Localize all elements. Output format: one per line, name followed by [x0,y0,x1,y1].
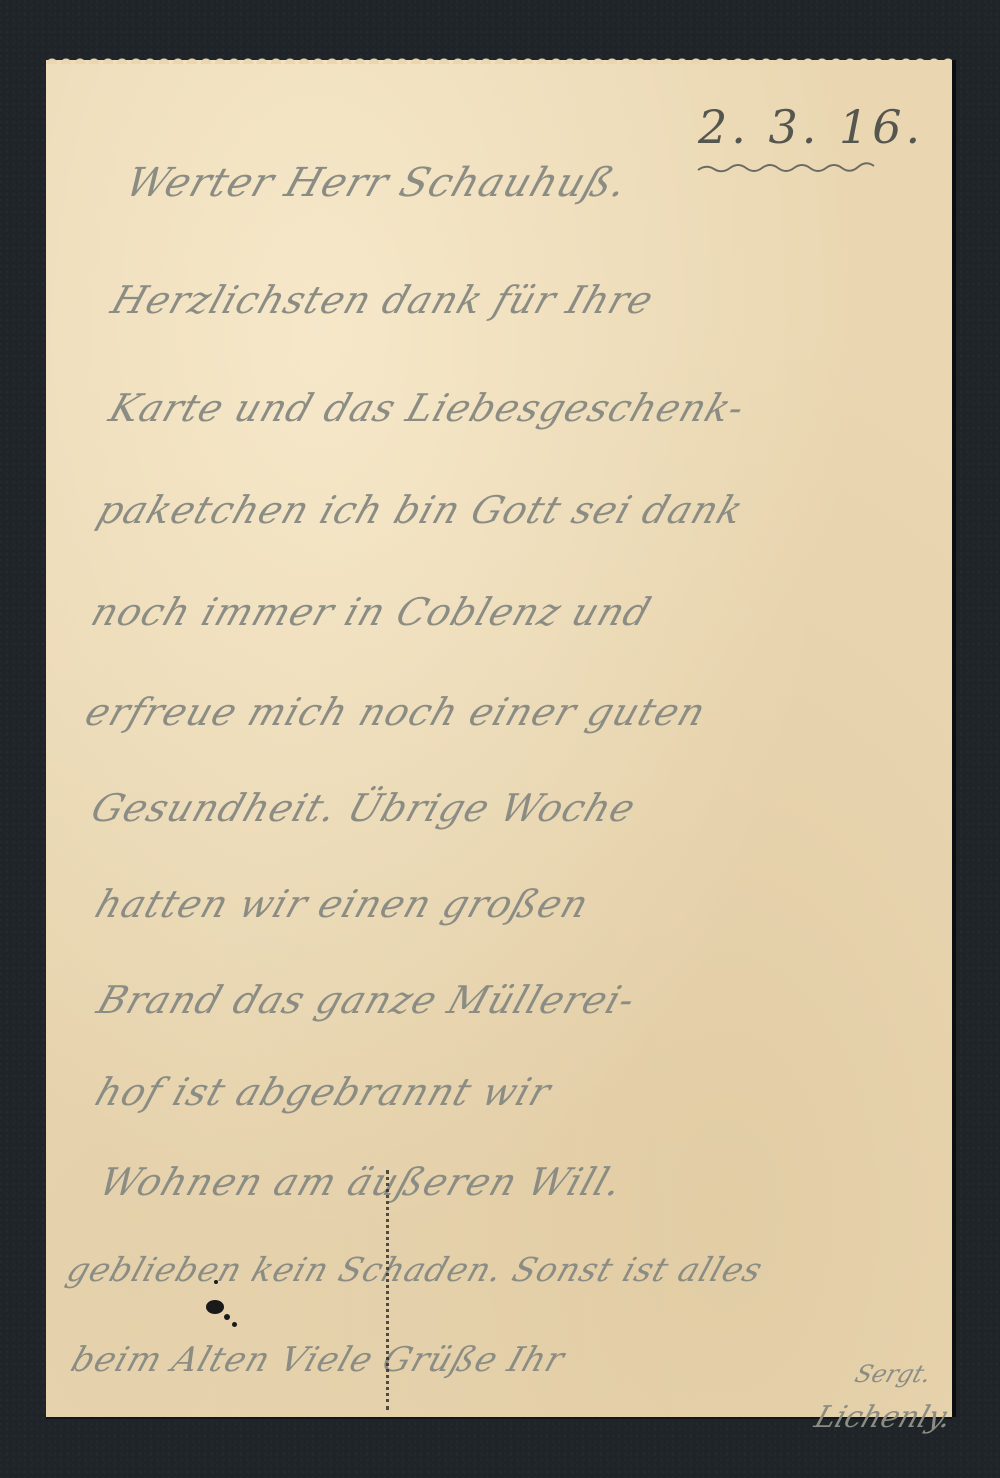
letter-line-3: paketchen ich bin Gott sei dank [92,488,749,532]
letter-line-11: geblieben kein Schaden. Sonst ist alles [62,1250,768,1289]
letter-line-10: Wohnen am äußeren Will. [94,1160,629,1204]
letter-paper: 2. 3. 16. Werter Herr Schauhuß. Herzlich… [46,60,952,1417]
postmark-bleed-through [386,1170,393,1410]
letter-line-9: hof ist abgebrannt wir [90,1070,557,1114]
letter-line-7: hatten wir einen großen [90,882,595,926]
ink-blot [214,1280,218,1284]
ink-blot [232,1322,237,1327]
letter-date: 2. 3. 16. [698,100,924,154]
signature-rank: Sergt. [851,1360,935,1388]
letter-line-4: noch immer in Coblenz und [86,590,657,634]
salutation: Werter Herr Schauhuß. [120,160,634,206]
letter-line-1: Herzlichsten dank für Ihre [106,278,659,322]
letter-line-12: beim Alten Viele Grüße Ihr [66,1340,570,1380]
ink-blot [206,1300,224,1314]
signature-name: Lichenly. [810,1400,956,1435]
date-underline-squiggle [696,160,876,174]
ink-blot [224,1314,230,1320]
letter-line-8: Brand das ganze Müllerei- [92,978,641,1022]
letter-line-2: Karte und das Liebesgeschenk- [104,386,751,430]
letter-line-5: erfreue mich noch einer guten [80,690,712,734]
letter-line-6: Gesundheit. Übrige Woche [86,786,642,830]
